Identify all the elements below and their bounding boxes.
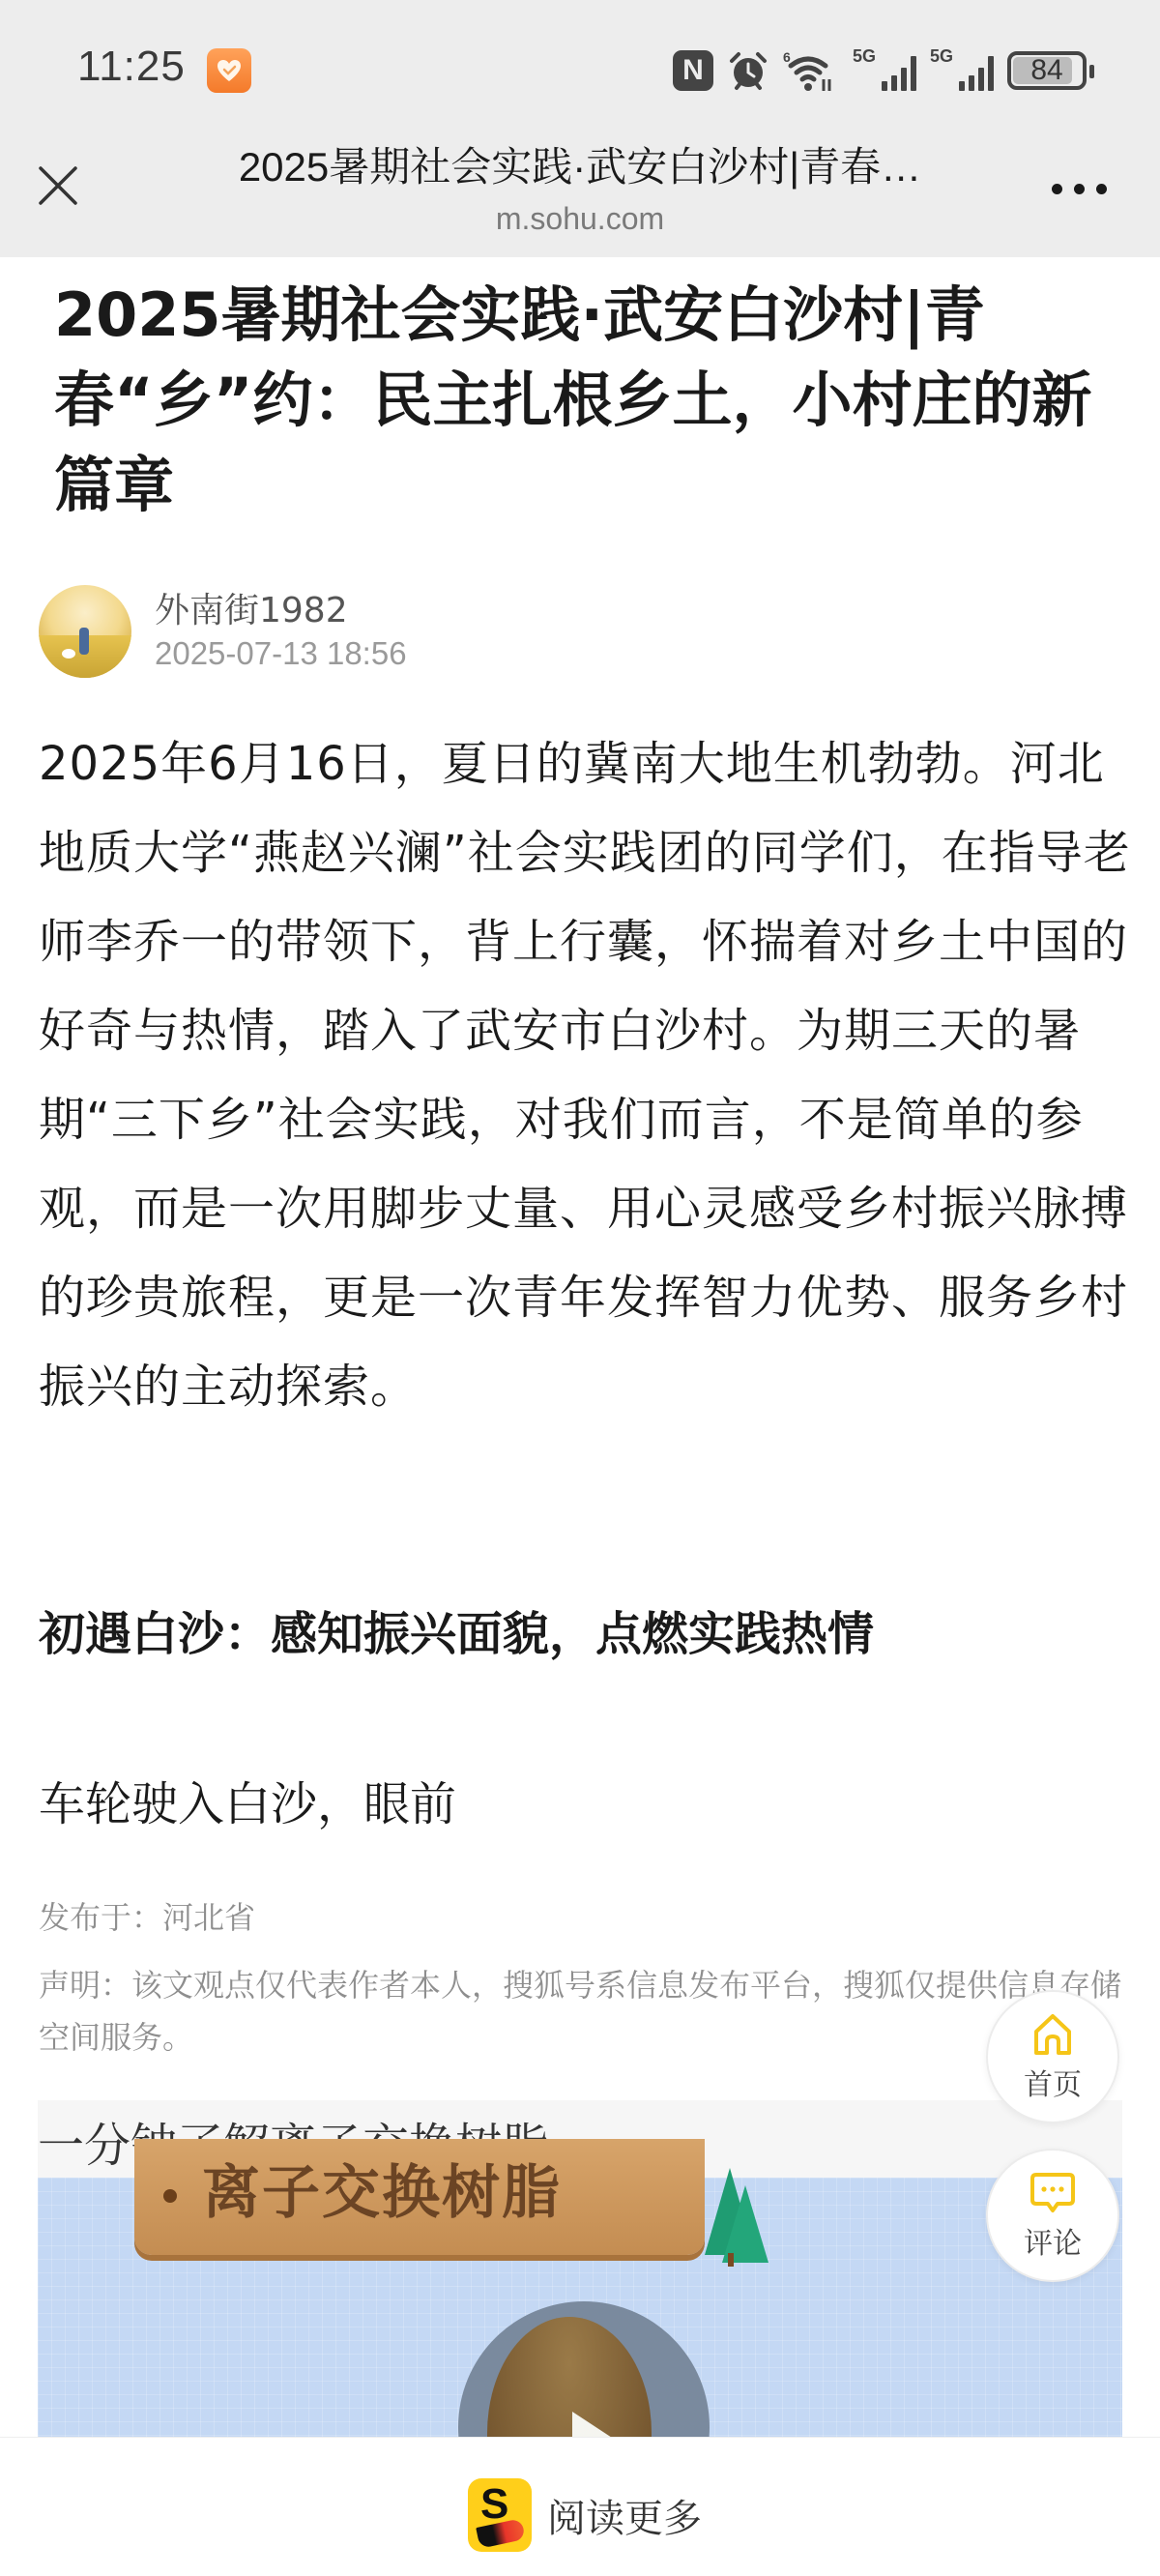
author-name[interactable]: 外南街1982 — [155, 583, 348, 632]
home-icon — [1029, 2010, 1077, 2059]
video-thumbnail[interactable]: 离子交换树脂 — [38, 2178, 1122, 2437]
wifi-icon: 6 — [783, 48, 839, 93]
more-dots-icon — [1052, 184, 1062, 194]
signal-icon: 5G — [853, 48, 916, 93]
battery-icon: 84 — [1007, 51, 1087, 90]
more-button[interactable] — [1044, 164, 1114, 213]
publish-date: 2025-07-13 18:56 — [155, 635, 407, 672]
comment-label: 评论 — [1024, 2219, 1082, 2262]
article-paragraph: 车轮驶入白沙，眼前 — [39, 1770, 1131, 1839]
comment-icon — [1029, 2169, 1077, 2217]
section-heading: 初遇白沙：感知振兴面貌，点燃实践热情 — [39, 1599, 1131, 1669]
comment-button[interactable]: 评论 — [986, 2149, 1119, 2282]
page-title: 2025暑期社会实践·武安白沙村|青春… — [155, 135, 1005, 193]
battery-percent: 84 — [1030, 54, 1062, 87]
avatar[interactable] — [39, 585, 131, 678]
play-button[interactable] — [458, 2301, 710, 2437]
signal-icon: 5G — [930, 48, 994, 93]
tree-graphic — [705, 2168, 763, 2274]
article-paragraph: 2025年6月16日，夏日的冀南大地生机勃勃。河北地质大学“燕赵兴澜”社会实践团… — [39, 719, 1131, 1431]
status-bar: 11:25 N 6 5G 5G 84 — [0, 0, 1160, 128]
wood-sign-graphic: 离子交换树脂 — [134, 2139, 705, 2255]
nfc-icon: N — [673, 50, 713, 91]
alarm-icon — [727, 49, 769, 92]
publish-location: 发布于：河北省 — [39, 1893, 255, 1938]
health-app-icon — [207, 48, 251, 93]
read-more-label: 阅读更多 — [547, 2488, 702, 2543]
video-ad-card[interactable]: 一分钟了解离子交换树脂 离子交换树脂 — [38, 2100, 1122, 2437]
page-url: m.sohu.com — [0, 201, 1160, 237]
home-label: 首页 — [1024, 2061, 1082, 2103]
article-title: 2025暑期社会实践·武安白沙村|青春“乡”约：民主扎根乡土，小村庄的新篇章 — [54, 273, 1127, 528]
read-more-button[interactable]: S 阅读更多 — [468, 2478, 702, 2552]
play-icon — [572, 2412, 640, 2437]
svg-text:6: 6 — [783, 49, 791, 65]
home-button[interactable]: 首页 — [986, 1990, 1119, 2123]
status-icons: N 6 5G 5G 84 — [673, 46, 1087, 95]
status-time: 11:25 — [77, 43, 186, 91]
disclaimer: 声明：该文观点仅代表作者本人，搜狐号系信息发布平台，搜狐仅提供信息存储空间服务。 — [39, 1959, 1131, 2064]
browser-header: 2025暑期社会实践·武安白沙村|青春… m.sohu.com — [0, 128, 1160, 257]
sohu-logo-icon: S — [468, 2478, 532, 2552]
bottom-bar: S 阅读更多 — [0, 2437, 1160, 2576]
